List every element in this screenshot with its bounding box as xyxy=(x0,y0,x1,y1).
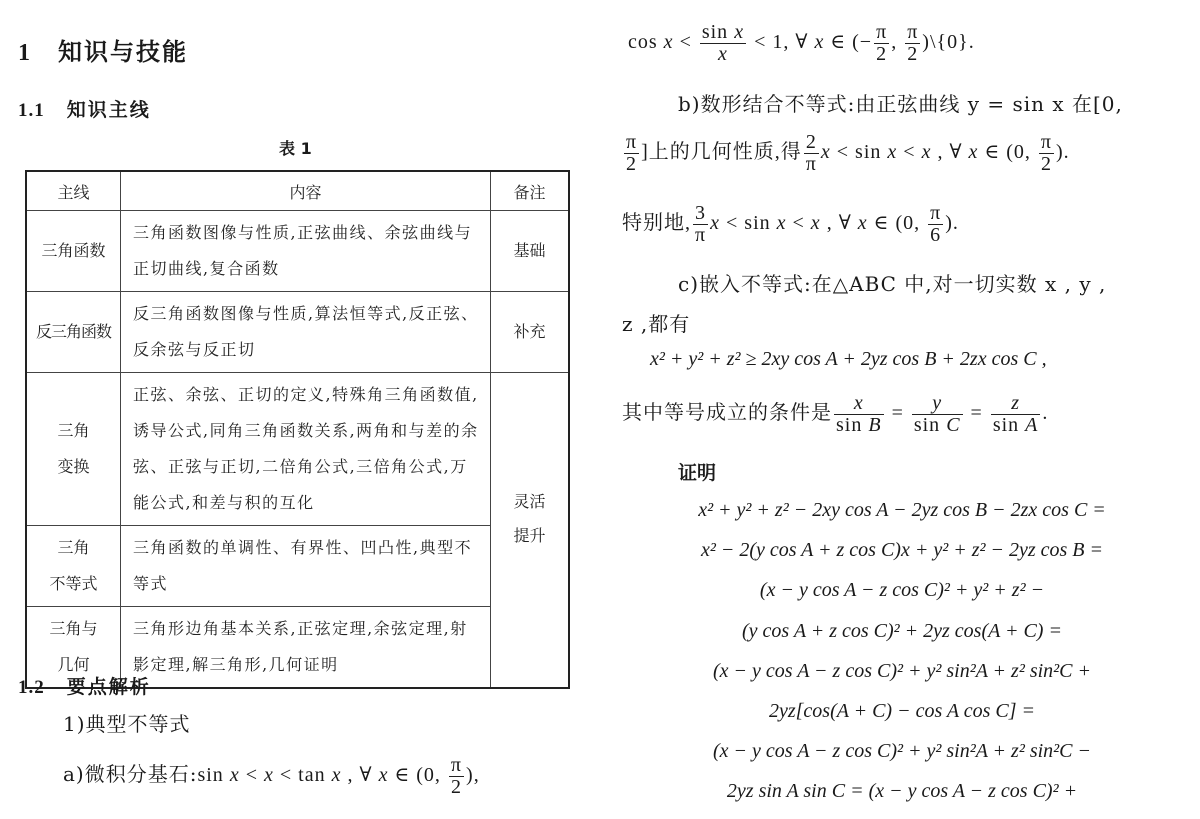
section-heading-1: 1知识与技能 xyxy=(18,32,188,67)
table-header-row: 主线 内容 备注 xyxy=(26,171,569,211)
item-a-continuation: cos x < sin xx < 1, ∀ x ∈ (−π2, π2)\{0}. xyxy=(628,22,975,65)
item-1-heading: 1)典型不等式 xyxy=(63,708,191,737)
item-a-prefix: a)微积分基石: xyxy=(63,762,197,786)
proof-line-7: (x − y cos A − z cos C)² + y² sin²A + z²… xyxy=(612,740,1192,763)
cell-note-line: 提升 xyxy=(492,519,567,553)
cell-main-line: 三角与 xyxy=(27,611,120,647)
item-a-line: a)微积分基石:sin x < x < tan x , ∀ x ∈ (0, π2… xyxy=(63,755,480,798)
knowledge-table: 主线 内容 备注 三角函数 三角函数图像与性质,正弦曲线、余弦曲线与正切曲线,复… xyxy=(25,170,570,689)
cell-main-line: 三角 xyxy=(27,413,120,449)
proof-line-2: x² − 2(y cos A + z cos C)x + y² + z² − 2… xyxy=(612,539,1192,562)
proof-line-1: x² + y² + z² − 2xy cos A − 2yz cos B − 2… xyxy=(612,499,1192,522)
cell-main-line: 不等式 xyxy=(27,566,120,602)
section-number: 1 xyxy=(18,40,32,66)
cell-main-line: 变换 xyxy=(27,449,120,485)
cell-note: 基础 xyxy=(491,211,570,292)
cell-note-merged: 灵活 提升 xyxy=(491,373,570,689)
table-row: 反三角函数 反三角函数图像与性质,算法恒等式,反正弦、反余弦与反正切 补充 xyxy=(26,292,569,373)
table-row: 三角 变换 正弦、余弦、正切的定义,特殊角三角函数值,诱导公式,同角三角函数关系… xyxy=(26,373,569,526)
proof-line-4: (y cos A + z cos C)² + 2yz cos(A + C) = xyxy=(612,620,1192,643)
cell-main: 三角函数 xyxy=(26,211,121,292)
cell-main: 反三角函数 xyxy=(26,292,121,373)
equality-condition: 其中等号成立的条件是xsin B = ysin C = zsin A. xyxy=(622,393,1048,436)
item-b-text: ]上的几何性质,得 xyxy=(641,141,802,163)
proof-line-5: (x − y cos A − z cos C)² + y² sin²A + z²… xyxy=(612,660,1192,683)
item-b-special-text: 特别地, xyxy=(622,212,691,234)
section-title: 知识主线 xyxy=(67,99,151,121)
proof-label: 证明 xyxy=(678,458,716,485)
table-caption: 表 1 xyxy=(279,136,312,159)
item-b-line-2: π2]上的几何性质,得2πx < sin x < x , ∀ x ∈ (0, π… xyxy=(622,132,1070,175)
item-c-line-2: z ,都有 xyxy=(622,308,690,337)
table-row: 三角函数 三角函数图像与性质,正弦曲线、余弦曲线与正切曲线,复合函数 基础 xyxy=(26,211,569,292)
section-title: 要点解析 xyxy=(67,676,151,698)
cell-content: 反三角函数图像与性质,算法恒等式,反正弦、反余弦与反正切 xyxy=(121,292,491,373)
equality-condition-text: 其中等号成立的条件是 xyxy=(622,402,832,424)
section-number: 1.2 xyxy=(18,677,45,698)
section-heading-1-1: 1.1知识主线 xyxy=(18,95,151,122)
item-b-line-1: b)数形结合不等式:由正弦曲线 y = sin x 在[0, xyxy=(678,88,1123,117)
embedding-inequality: x² + y² + z² ≥ 2xy cos A + 2yz cos B + 2… xyxy=(650,348,1047,371)
cell-main: 三角 不等式 xyxy=(26,526,121,607)
proof-line-8: 2yz sin A sin C = (x − y cos A − z cos C… xyxy=(612,780,1192,803)
proof-line-6: 2yz[cos(A + C) − cos A cos C] = xyxy=(612,700,1192,723)
cell-content: 三角函数图像与性质,正弦曲线、余弦曲线与正切曲线,复合函数 xyxy=(121,211,491,292)
proof-line-3: (x − y cos A − z cos C)² + y² + z² − xyxy=(612,579,1192,602)
section-heading-1-2: 1.2要点解析 xyxy=(18,672,151,699)
cell-note-line: 灵活 xyxy=(492,485,567,519)
table-row: 三角 不等式 三角函数的单调性、有界性、凹凸性,典型不等式 xyxy=(26,526,569,607)
item-c-line-1: c)嵌入不等式:在△ABC 中,对一切实数 x , y , xyxy=(678,268,1106,297)
cell-content: 三角形边角基本关系,正弦定理,余弦定理,射影定理,解三角形,几何证明 xyxy=(121,607,491,689)
section-number: 1.1 xyxy=(18,100,45,121)
cell-main: 三角 变换 xyxy=(26,373,121,526)
cell-main-line: 三角 xyxy=(27,530,120,566)
item-a-formula: sin x < x < tan x , ∀ x ∈ (0, π2), xyxy=(197,764,479,786)
cell-note: 补充 xyxy=(491,292,570,373)
header-note: 备注 xyxy=(491,171,570,211)
header-content: 内容 xyxy=(121,171,491,211)
cell-content: 正弦、余弦、正切的定义,特殊角三角函数值,诱导公式,同角三角函数关系,两角和与差… xyxy=(121,373,491,526)
header-main: 主线 xyxy=(26,171,121,211)
item-b-line-3: 特别地,3πx < sin x < x , ∀ x ∈ (0, π6). xyxy=(622,203,959,246)
section-title: 知识与技能 xyxy=(58,38,188,66)
cell-content: 三角函数的单调性、有界性、凹凸性,典型不等式 xyxy=(121,526,491,607)
